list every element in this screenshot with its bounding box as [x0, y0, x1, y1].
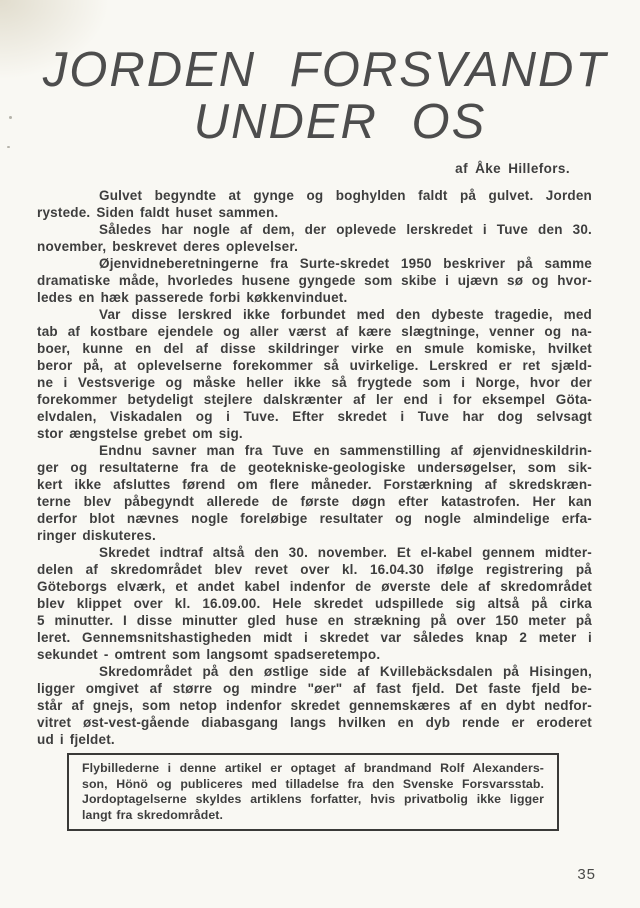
text-line: leret. Gennemsnitshastigheden midt i skr… — [37, 629, 592, 646]
page-number: 35 — [577, 866, 596, 883]
text-line: november, beskrevet deres oplevelser. — [37, 238, 592, 255]
body-paragraph: Var disse lerskred ikke forbundet med de… — [37, 306, 592, 442]
credit-line: Jordoptagelserne skyldes artiklens forfa… — [82, 792, 544, 808]
text-line: Endnu savner man fra Tuve en sammenstill… — [37, 442, 592, 459]
text-line: Skredet indtraf altså den 30. november. … — [37, 544, 592, 561]
article-title: JORDEN FORSVANDT UNDER OS — [0, 0, 640, 148]
text-line: Således har nogle af dem, der oplevede l… — [37, 221, 592, 238]
text-line: ringer diskuteres. — [37, 527, 592, 544]
byline: af Åke Hillefors. — [0, 160, 640, 177]
credit-line: son, Hönö og publiceres med tilladelse f… — [82, 777, 544, 793]
text-line: blev klippet over kl. 16.09.00. Hele skr… — [37, 595, 592, 612]
text-line: 5 minutter. I disse minutter gled huse e… — [37, 612, 592, 629]
text-line: derfor blot nævnes nogle foreløbige resu… — [37, 510, 592, 527]
text-line: ud i fjeldet. — [37, 731, 592, 748]
text-line: tab af kostbare ejendele og aller værst … — [37, 323, 592, 340]
credit-line: Flybillederne i denne artikel er optaget… — [82, 761, 544, 777]
text-line: ledes en hæk passerede forbi køkkenvindu… — [37, 289, 592, 306]
text-line: terne blev påbegyndt allerede de første … — [37, 493, 592, 510]
title-line-1: JORDEN FORSVANDT — [0, 44, 640, 96]
text-line: Göteborgs elværk, et andet kabel indenfo… — [37, 578, 592, 595]
text-line: beror på, at oplevelserne forekommer så … — [37, 357, 592, 374]
scan-speck — [7, 146, 10, 148]
text-line: Gulvet begyndte at gynge og boghylden fa… — [37, 187, 592, 204]
text-line: dramatiske måde, hvorledes husene gynged… — [37, 272, 592, 289]
text-line: rystede. Siden faldt huset sammen. — [37, 204, 592, 221]
body-paragraph: Gulvet begyndte at gynge og boghylden fa… — [37, 187, 592, 221]
article-body: Gulvet begyndte at gynge og boghylden fa… — [37, 187, 592, 748]
body-paragraph: Skredområdet på den østlige side af Kvil… — [37, 663, 592, 748]
scanned-page: JORDEN FORSVANDT UNDER OS af Åke Hillefo… — [0, 0, 640, 908]
title-line-2: UNDER OS — [0, 96, 640, 148]
text-line: Skredområdet på den østlige side af Kvil… — [37, 663, 592, 680]
text-line: vitret øst-vest-gående diabasgang langs … — [37, 714, 592, 731]
text-line: delen af skredområdet blev revet over kl… — [37, 561, 592, 578]
text-line: Øjenvidneberetningerne fra Surte-skredet… — [37, 255, 592, 272]
body-paragraph: Øjenvidneberetningerne fra Surte-skredet… — [37, 255, 592, 306]
text-line: ger og resultaterne fra de geotekniske-g… — [37, 459, 592, 476]
scan-speck — [9, 116, 12, 119]
body-paragraph: Således har nogle af dem, der oplevede l… — [37, 221, 592, 255]
text-line: Var disse lerskred ikke forbundet med de… — [37, 306, 592, 323]
text-line: ligger omgivet af større og mindre "øer"… — [37, 680, 592, 697]
text-line: stor ængstelse grebet om sig. — [37, 425, 592, 442]
text-line: forekommer betydeligt stejlere dalskrænt… — [37, 391, 592, 408]
body-paragraph: Endnu savner man fra Tuve en sammenstill… — [37, 442, 592, 544]
text-line: elvdalen, Viskadalen og i Tuve. Efter sk… — [37, 408, 592, 425]
text-line: står af gnejs, som netop indenfor skrede… — [37, 697, 592, 714]
text-line: kert ikke afsluttes førend om flere måne… — [37, 476, 592, 493]
text-line: sekundet - omtrent som langsomt spadsere… — [37, 646, 592, 663]
credit-line: langt fra skredområdet. — [82, 808, 544, 824]
text-line: ne i Vestsverige og måske heller ikke så… — [37, 374, 592, 391]
body-paragraph: Skredet indtraf altså den 30. november. … — [37, 544, 592, 663]
text-line: boer, kunne en del af disse skildringer … — [37, 340, 592, 357]
photo-credit-box: Flybillederne i denne artikel er optaget… — [67, 753, 559, 831]
